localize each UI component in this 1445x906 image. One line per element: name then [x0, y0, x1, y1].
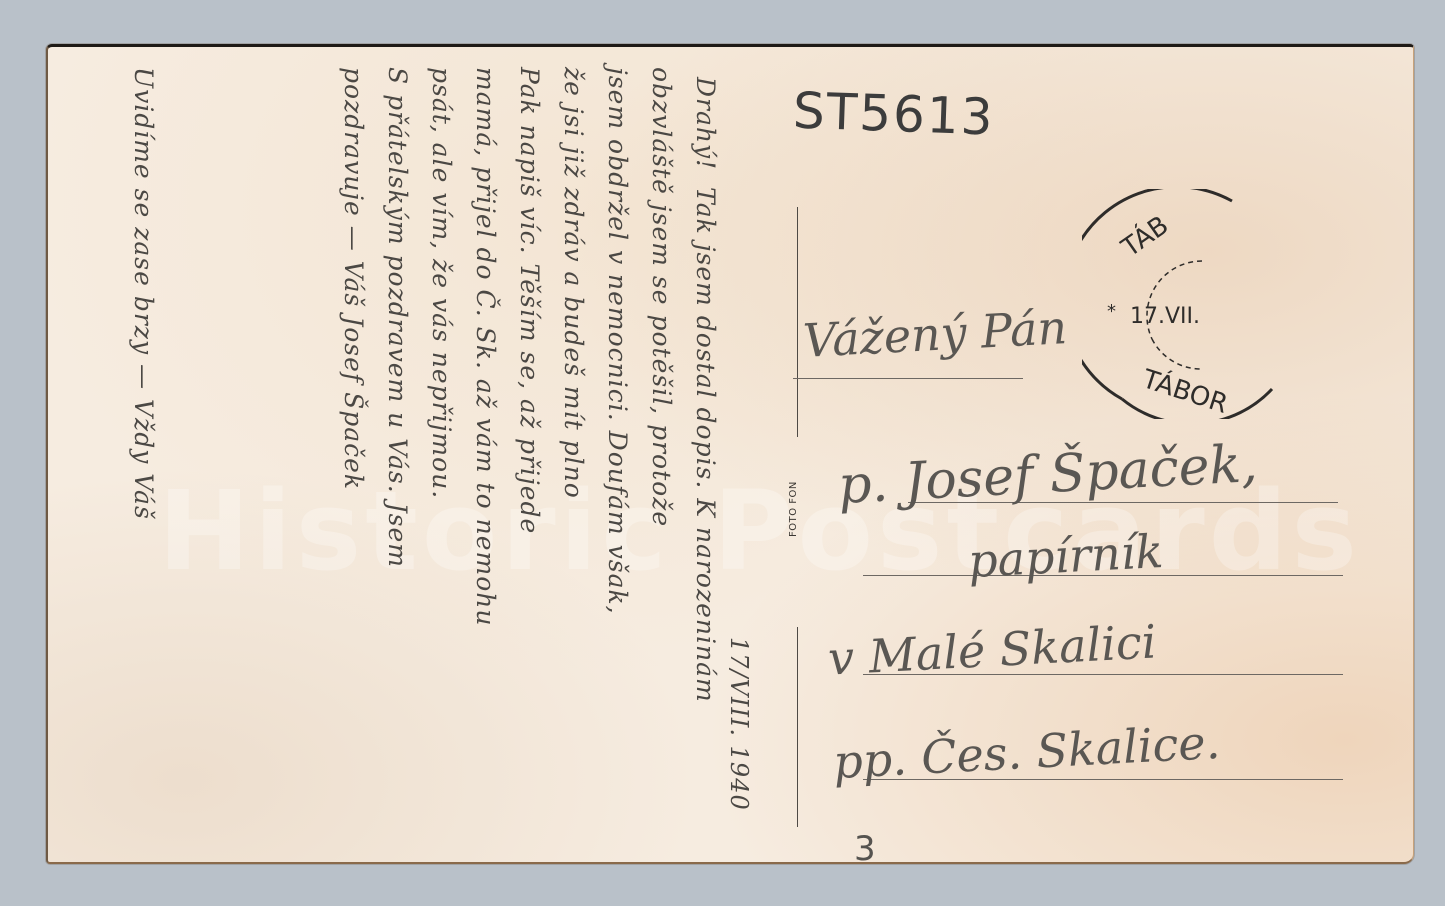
address-post-office: pp. Čes. Skalice.: [832, 715, 1222, 789]
svg-text:17.VII.: 17.VII.: [1130, 304, 1200, 329]
divider-top: [797, 207, 798, 437]
message-line: Pak napiš víc. Těším se, až přijede: [515, 67, 544, 534]
message-line: S přátelským pozdravem u Vás. Jsem: [383, 67, 412, 568]
postcard-back: Historic Postcards ST5613 3 FOTO FON * T…: [46, 44, 1414, 864]
message-line: Drahý!: [691, 77, 720, 170]
svg-text:TÁBOR: TÁBOR: [1138, 362, 1232, 419]
svg-text:*: *: [1107, 301, 1116, 322]
catalog-number: ST5613: [792, 82, 995, 147]
svg-text:TÁB: TÁB: [1115, 209, 1175, 264]
message-line: jsem obdržel v nemocnici. Doufám však,: [603, 67, 632, 615]
address-line-1: [793, 378, 1023, 379]
message-line: Uvidíme se zase brzy — Vždy Váš: [129, 67, 158, 520]
postmark-stamp-icon: * TÁB 17.VII. TÁBOR: [1082, 189, 1292, 419]
message-line: mamá, přijel do Č. Sk. až vám to nemohu: [471, 67, 500, 626]
printer-mark: FOTO FON: [788, 481, 799, 537]
address-occupation: papírník: [967, 524, 1165, 588]
page-number: 3: [854, 829, 876, 869]
message-date: 17/VIII. 1940: [725, 637, 753, 811]
message-line: pozdravuje — Váš Josef Špaček: [339, 67, 368, 490]
address-salutation: Vážený Pán: [802, 300, 1069, 368]
message-line: Tak jsem dostal dopis. K narozeninám: [691, 187, 720, 703]
address-name: p. Josef Špaček,: [837, 434, 1259, 516]
message-line: že jsi již zdráv a budeš mít plno: [559, 67, 588, 499]
divider-bottom: [797, 627, 798, 827]
message-line: psát, ale vím, že vás nepřijmou.: [427, 67, 456, 499]
message-line: obzvláště jsem se potěšil, protože: [647, 67, 676, 527]
